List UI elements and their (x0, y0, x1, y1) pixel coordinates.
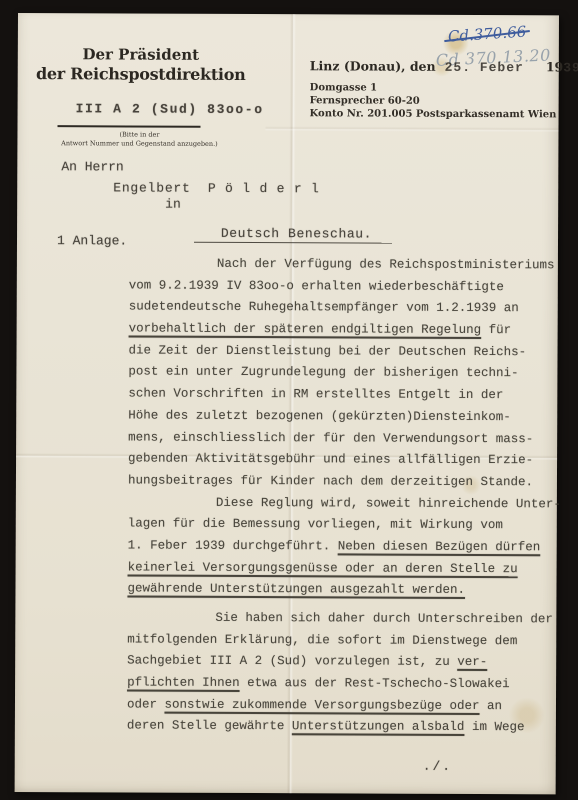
typed-date: 25. Feber (445, 60, 524, 75)
typed-text: vom 9.2.1939 IV 83oo-o erhalten wiederbe… (129, 278, 504, 294)
body-line: Höhe des zuletzt bezogenen (gekürzten)Di… (128, 408, 560, 432)
typed-text: Sie haben sich daher durch Unterschreibe… (215, 611, 553, 626)
body-line: pflichten Ihnen etwa aus der Rest-Tschec… (127, 676, 559, 700)
reply-instruction-note: (Bitte in der Antwort Nummer und Gegenst… (39, 130, 239, 149)
underlined-typed-text: keinerlei Versorgungsgenüsse oder an der… (128, 560, 518, 576)
typed-text: an (480, 699, 503, 713)
body-line: die Zeit der Dienstleistung bei der Deut… (128, 343, 560, 367)
body-line: oder sonstwie zukommende Versorgungsbezü… (127, 697, 559, 721)
typed-text: Nach der Verfügung des Reichspostministe… (217, 257, 555, 272)
street-line: Domgasse 1 (310, 82, 378, 93)
typed-text: Höhe des zuletzt bezogenen (gekürzten)Di… (128, 408, 511, 424)
scan-background: Cd.370.66 Cd 370.13.20 Der Präsident der… (0, 0, 578, 800)
typed-text: oder (127, 697, 165, 711)
typed-text: etwa aus der Rest-Tschecho-Slowakei (240, 676, 510, 691)
underlined-typed-text: vorbehaltlich der späteren endgiltigen R… (129, 322, 482, 338)
underlined-typed-text: Unterstützungen alsbald (292, 720, 465, 735)
typed-text: die Zeit der Dienstleistung bei der Deut… (128, 343, 526, 359)
typed-text: sudetendeutsche Ruhegehaltsempfänger vom… (129, 300, 519, 316)
body-line: Sachgebiet III A 2 (Sud) vorzulegen ist,… (127, 654, 559, 678)
body-line: Sie haben sich daher durch Unterschreibe… (127, 610, 559, 634)
body-line: lagen für die Bemessung vorliegen, mit W… (128, 517, 560, 541)
typed-text: für (481, 323, 511, 337)
typed-text: im Wege (464, 720, 524, 734)
body-line: deren Stelle gewährte Unterstützungen al… (127, 719, 559, 743)
horizontal-fold-crease-top (265, 126, 558, 132)
recipient-place: Deutsch Beneschau. (147, 211, 392, 257)
enclosure-note: 1 Anlage. (57, 233, 127, 248)
body-line: post ein unter Zugrundelegung der bisher… (128, 365, 560, 389)
typed-text: 1. Feber 1939 durchgeführt. (128, 538, 338, 553)
sender-title-line2: der Reichspostdirektion (32, 64, 250, 85)
letter-page: Cd.370.66 Cd 370.13.20 Der Präsident der… (15, 13, 559, 794)
recipient-salutation: An Herrn (61, 159, 123, 174)
handwritten-ref-crossed-out: Cd.370.66 (447, 23, 526, 46)
body-line: mitfolgenden Erklärung, die sofort im Di… (127, 632, 559, 656)
body-line: Diese Reglung wird, soweit hinreichende … (128, 495, 560, 519)
place-date-line: Linz (Donau), den25. Feber1939. (310, 58, 578, 75)
letterhead-rule (58, 125, 201, 128)
file-reference: III A 2 (Sud) 83oo-o (76, 101, 264, 117)
underlined-typed-text: ver- (457, 655, 487, 669)
reply-note-line2: Antwort Nummer und Gegenstand anzugeben.… (39, 139, 239, 149)
typed-text: Diese Reglung wird, soweit hinreichende … (216, 495, 561, 511)
continuation-mark: ./. (423, 759, 452, 774)
typed-year-suffix: 39. (563, 60, 578, 75)
body-line: vorbehaltlich der späteren endgiltigen R… (129, 322, 561, 346)
recipient-in-label: in (165, 197, 181, 212)
body-line: gewährende Unterstützungen ausgezahlt we… (127, 582, 559, 606)
place-date-label: Linz (Donau), den (310, 58, 436, 74)
body-line: keinerlei Versorgungsgenüsse oder an der… (128, 560, 560, 584)
letterhead: Der Präsident der Reichspostdirektion (32, 45, 250, 85)
typed-text: Sachgebiet III A 2 (Sud) vorzulegen ist,… (127, 654, 457, 669)
body-line: gebenden Aktivitätsgebühr und eines allf… (128, 452, 560, 476)
sender-title-line1: Der Präsident (32, 45, 250, 65)
phone-line: Fernsprecher 60-20 (310, 95, 420, 106)
typed-text: mitfolgenden Erklärung, die sofort im Di… (127, 632, 517, 648)
typed-text: gebenden Aktivitätsgebühr und eines allf… (128, 452, 533, 468)
underlined-typed-text: gewährende Unterstützungen ausgezahlt we… (127, 582, 465, 597)
recipient-name: Engelbert P ö l d e r l (113, 180, 320, 196)
typed-text: lagen für die Bemessung vorliegen, mit W… (128, 517, 503, 533)
recipient-place-underlined: Deutsch Beneschau. (194, 226, 392, 244)
account-line: Konto Nr. 201.005 Postsparkassenamt Wien (310, 108, 557, 120)
body-line: vom 9.2.1939 IV 83oo-o erhalten wiederbe… (129, 278, 561, 302)
typed-text: hungsbeitrages für Kinder nach dem derze… (128, 473, 533, 489)
underlined-typed-text: sonstwie zukommende Versorgungsbezüge od… (164, 697, 479, 712)
typed-text: deren Stelle gewährte (127, 719, 292, 734)
body-line: hungsbeitrages für Kinder nach dem derze… (128, 473, 560, 497)
underlined-typed-text: Neben diesen Bezügen dürfen (338, 539, 541, 554)
body-line: schen Vorschriften in RM erstelltes Entg… (128, 387, 560, 411)
typed-text: mens, einschliesslich der für den Verwen… (128, 430, 533, 446)
body-line: 1. Feber 1939 durchgeführt. Neben diesen… (128, 538, 560, 562)
printed-year-prefix: 19 (546, 59, 563, 74)
body-line: Nach der Verfügung des Reichspostministe… (129, 256, 561, 280)
letter-body: Nach der Verfügung des Reichspostministe… (127, 256, 561, 742)
body-line: sudetendeutsche Ruhegehaltsempfänger vom… (129, 300, 561, 324)
body-line: mens, einschliesslich der für den Verwen… (128, 430, 560, 454)
typed-text: schen Vorschriften in RM erstelltes Entg… (128, 387, 503, 403)
underlined-typed-text: pflichten Ihnen (127, 676, 240, 690)
typed-text: post ein unter Zugrundelegung der bisher… (128, 365, 518, 381)
